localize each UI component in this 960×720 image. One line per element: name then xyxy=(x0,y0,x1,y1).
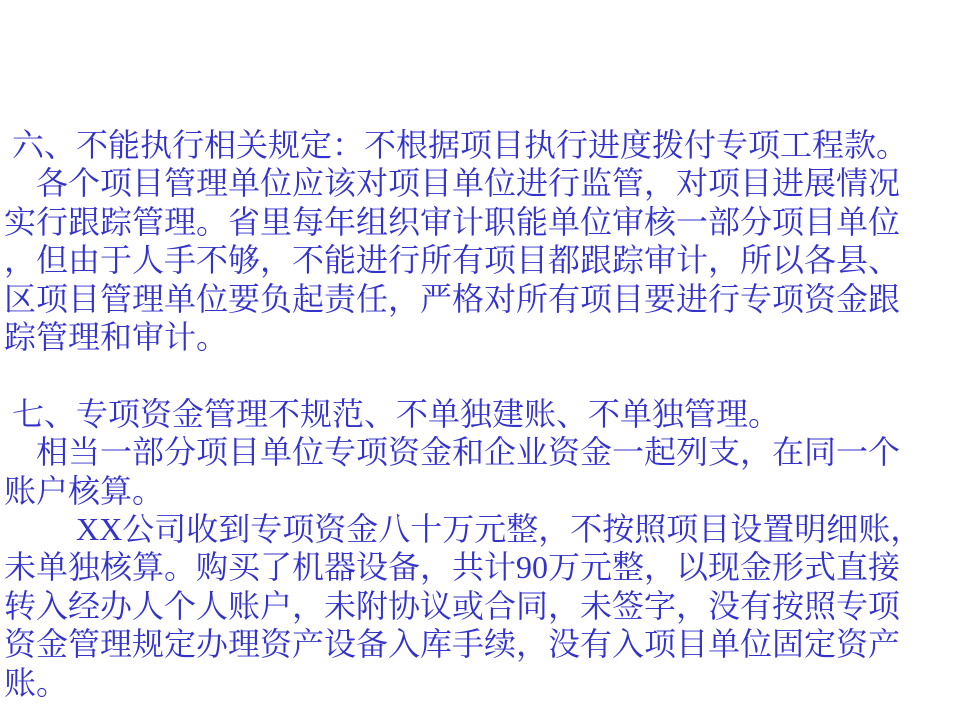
text-line: 实行跟踪管理。省里每年组织审计职能单位审核一部分项目单位 xyxy=(4,203,956,241)
text-line: 转入经办人个人账户，未附协议或合同，未签字，没有按照专项 xyxy=(4,587,956,625)
text-line: 相当一部分项目单位专项资金和企业资金一起列支，在同一个 xyxy=(4,433,956,471)
slide: 六、不能执行相关规定：不根据项目执行进度拨付专项工程款。 各个项目管理单位应该对… xyxy=(0,0,960,720)
text-line: 各个项目管理单位应该对项目单位进行监管，对项目进展情况 xyxy=(4,164,956,202)
text-line-section7-heading: 七、专项资金管理不规范、不单独建账、不单独管理。 xyxy=(4,395,956,433)
text-line: 账。 xyxy=(4,664,956,702)
text-line: 区项目管理单位要负起责任，严格对所有项目要进行专项资金跟 xyxy=(4,280,956,318)
text-line: XX公司收到专项资金八十万元整，不按照项目设置明细账， xyxy=(4,510,956,548)
text-line: 未单独核算。购买了机器设备，共计90万元整，以现金形式直接 xyxy=(4,548,956,586)
text-line-section6-heading: 六、不能执行相关规定：不根据项目执行进度拨付专项工程款。 xyxy=(4,126,956,164)
text-line: 资金管理规定办理资产设备入库手续，没有入项目单位固定资产 xyxy=(4,625,956,663)
text-line: 账户核算。 xyxy=(4,472,956,510)
blank-line xyxy=(4,356,956,394)
text-line: ，但由于人手不够，不能进行所有项目都跟踪审计，所以各县、 xyxy=(4,241,956,279)
text-line: 踪管理和审计。 xyxy=(4,318,956,356)
slide-body-text: 六、不能执行相关规定：不根据项目执行进度拨付专项工程款。 各个项目管理单位应该对… xyxy=(4,126,956,702)
